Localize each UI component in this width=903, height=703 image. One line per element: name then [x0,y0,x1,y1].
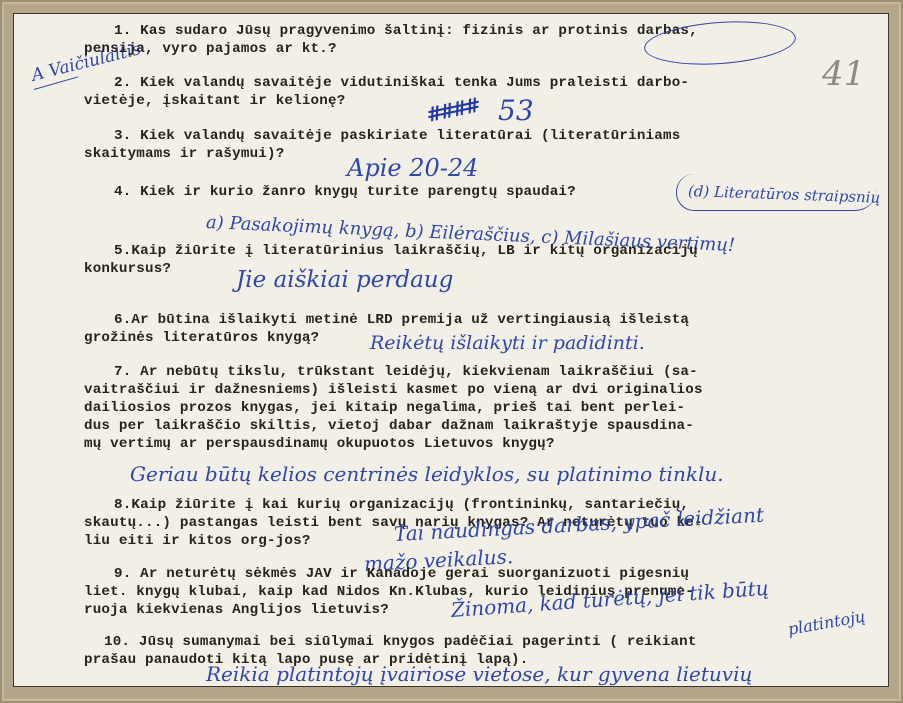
question-10-line-1: 10. Jūsų sumanymai bei siūlymai knygos p… [104,634,697,650]
question-8-line-3: liu eiti ir kitos org-jos? [84,533,311,549]
question-7-line-2: vaitraščiui ir dažnesniems) išleisti kas… [84,382,703,398]
question-9-line-1: 9. Ar neturėtų sėkmės JAV ir Kanadoje ge… [114,566,689,582]
question-7-line-1: 7. Ar nebūtų tikslu, trūkstant leidėjų, … [114,364,698,380]
question-7-line-3: dailiosios prozos knygas, jei kitaip neg… [84,400,685,416]
question-6-line-1: 6.Ar būtina išlaikyti metinė LRD premija… [114,312,689,328]
question-7-line-4: dus per laikraščio skiltis, vietoj dabar… [84,418,694,434]
answer-2: 53 [498,94,534,127]
question-1-line-1: 1. Kas sudaro Jūsų pragyvenimo šaltinį: … [114,23,698,39]
question-7-line-5: mų vertimų ar perspausdinamų okupuotos L… [84,436,555,452]
question-2-line-2: vietėje, įskaitant ir kelionę? [84,93,345,109]
question-5-line-2: konkursus? [84,261,171,277]
answer-9-line-1: Žinoma, kad turėtų, jei tik būtų [450,576,769,622]
question-1-line-2: pensija, vyro pajamos ar kt.? [84,41,337,57]
answer-6: Reikėtų išlaikyti ir padidinti. [370,332,645,354]
question-3-line-2: skaitymams ir rašymui)? [84,146,284,162]
struck-out-scribble: #### [424,93,479,127]
answer-10: Reikia platintojų įvairiose vietose, kur… [206,662,752,686]
question-5-line-1: 5.Kaip žiūrite į literatūrinius laikrašč… [114,243,698,259]
answer-3: Apie 20-24 [347,154,478,182]
question-9-line-3: ruoja kiekvienas Anglijos lietuvis? [84,602,389,618]
answer-5: Jie aiškiai perdaug [236,267,453,293]
answer-7: Geriau būtų kelios centrinės leidyklos, … [130,462,724,486]
question-3-line-1: 3. Kiek valandų savaitėje paskiriate lit… [114,128,680,144]
question-6-line-2: grožinės literatūros knygą? [84,330,319,346]
answer-4-bracket [676,174,877,211]
question-4-line-1: 4. Kiek ir kurio žanro knygų turite pare… [114,184,576,200]
page-number-pencil: 41 [822,54,865,94]
questionnaire-page: 41 A Vaičiulaitis 1. Kas sudaro Jūsų pra… [13,13,889,687]
answer-9-line-2: platintojų [786,607,866,639]
question-2-line-1: 2. Kiek valandų savaitėje vidutiniškai t… [114,75,689,91]
